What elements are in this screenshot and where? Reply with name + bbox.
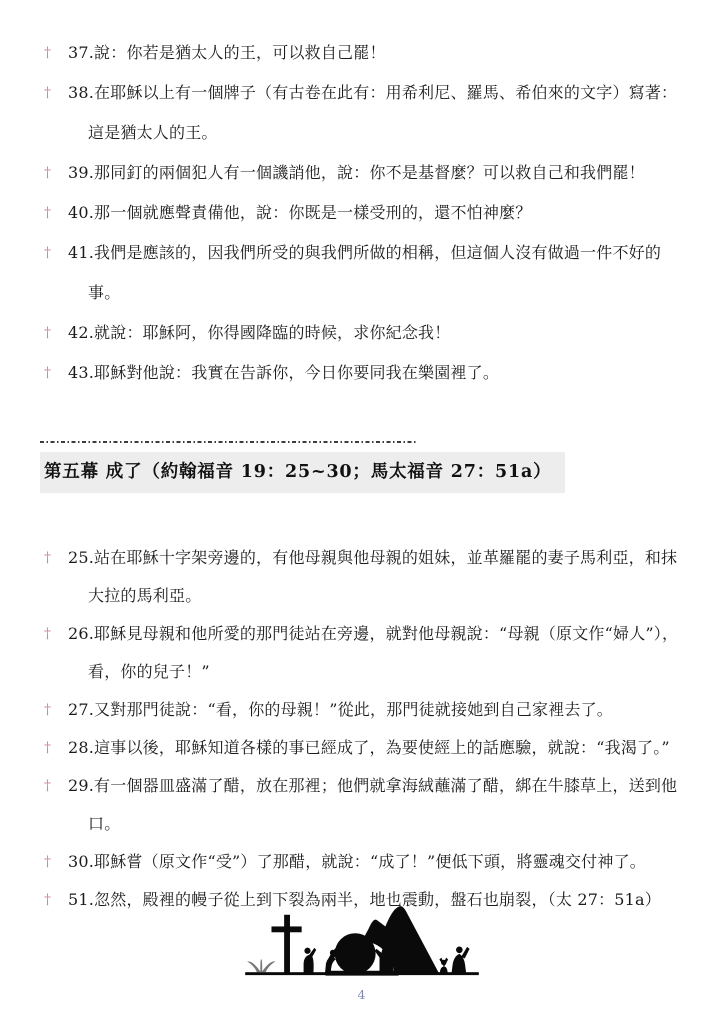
verse-text: 25.站在耶穌十字架旁邊的，有他母親與他母親的姐妹，並革羅罷的妻子馬利亞，和抹大… [68,539,692,615]
verse-row: † 29.有一個器皿盛滿了醋，放在那裡；他們就拿海絨蘸滿了醋，綁在牛膝草上，送到… [44,767,692,843]
verse-number: 28. [68,738,94,757]
verse-body: 耶穌對他說：我實在告訴你，今日你要同我在樂園裡了。 [94,363,499,382]
verse-row: † 43.耶穌對他說：我實在告訴你，今日你要同我在樂園裡了。 [44,353,692,393]
verse-number: 37. [68,43,94,62]
verse-body: 又對那門徒說：“看，你的母親！”從此，那門徒就接她到自己家裡去了。 [94,700,613,719]
verse-row: † 41.我們是應該的，因我們所受的與我們所做的相稱，但這個人沒有做過一件不好的… [44,233,692,313]
verse-body: 那一個就應聲責備他，說：你既是一樣受刑的，還不怕神麼？ [94,203,531,222]
verse-row: † 30.耶穌嘗（原文作“受”）了那醋，就說：“成了！”便低下頭，將靈魂交付神了… [44,843,692,881]
scene-five-verse-list: † 25.站在耶穌十字架旁邊的，有他母親與他母親的姐妹，並革羅罷的妻子馬利亞，和… [0,493,724,919]
verse-number: 39. [68,163,94,182]
cross-dagger-icon: † [44,767,68,805]
verse-text: 40.那一個就應聲責備他，說：你既是一樣受刑的，還不怕神麼？ [68,193,692,233]
cross-dagger-icon: † [44,193,68,233]
verse-row: † 37.說：你若是猶太人的王，可以救自己罷！ [44,33,692,73]
verse-body: 那同釘的兩個犯人有一個譏誚他，說：你不是基督麼？可以救自己和我們罷！ [94,163,645,182]
cross-dagger-icon: † [44,539,68,577]
cross-dagger-icon: † [44,353,68,393]
cross-dagger-icon: † [44,233,68,273]
verse-number: 40. [68,203,94,222]
cross-dagger-icon: † [44,33,68,73]
verse-row: † 40.那一個就應聲責備他，說：你既是一樣受刑的，還不怕神麼？ [44,193,692,233]
verse-number: 29. [68,776,94,795]
kneeling-figure [304,948,317,974]
cross-dagger-icon: † [44,843,68,881]
verse-number: 42. [68,323,94,342]
verse-number: 43. [68,363,94,382]
verse-number: 38. [68,83,94,102]
verse-row: † 27.又對那門徒說：“看，你的母親！”從此，那門徒就接她到自己家裡去了。 [44,691,692,729]
cross-dagger-icon: † [44,73,68,113]
verse-body: 我們是應該的，因我們所受的與我們所做的相稱，但這個人沒有做過一件不好的事。 [88,243,661,302]
verse-text: 26.耶穌見母親和他所愛的那門徒站在旁邊，就對他母親說：“母親（原文作“婦人”）… [68,615,692,691]
verse-body: 這事以後，耶穌知道各樣的事已經成了，為要使經上的話應驗，就說：“我渴了。” [94,738,670,757]
verse-text: 43.耶穌對他說：我實在告訴你，今日你要同我在樂園裡了。 [68,353,692,393]
verse-row: † 26.耶穌見母親和他所愛的那門徒站在旁邊，就對他母親說：“母親（原文作“婦人… [44,615,692,691]
standing-figure [452,946,470,973]
rolled-stone-icon [335,933,376,974]
ground-line [245,972,479,975]
cross-dagger-icon: † [44,691,68,729]
cross-icon [271,915,301,973]
page-number: 4 [358,987,367,1002]
verse-number: 41. [68,243,94,262]
verse-body: 耶穌嘗（原文作“受”）了那醋，就說：“成了！”便低下頭，將靈魂交付神了。 [94,852,646,871]
cross-dagger-icon: † [44,313,68,353]
cross-dagger-icon: † [44,153,68,193]
verse-row: † 38.在耶穌以上有一個牌子（有古卷在此有：用希利尼、羅馬、希伯來的文字）寫著… [44,73,692,153]
verse-text: 38.在耶穌以上有一個牌子（有古卷在此有：用希利尼、羅馬、希伯來的文字）寫著：這… [68,73,692,153]
verse-text: 41.我們是應該的，因我們所受的與我們所做的相稱，但這個人沒有做過一件不好的事。 [68,233,692,313]
page-footer: 4 [0,906,724,1002]
verse-number: 27. [68,700,94,719]
verse-text: 39.那同釘的兩個犯人有一個譏誚他，說：你不是基督麼？可以救自己和我們罷！ [68,153,692,193]
verse-body: 在耶穌以上有一個牌子（有古卷在此有：用希利尼、羅馬、希伯來的文字）寫著：這是猶太… [88,83,677,142]
verse-text: 28.這事以後，耶穌知道各樣的事已經成了，為要使經上的話應驗，就說：“我渴了。” [68,729,692,767]
verse-body: 站在耶穌十字架旁邊的，有他母親與他母親的姐妹，並革羅罷的妻子馬利亞，和抹大拉的馬… [88,548,677,605]
verse-body: 說：你若是猶太人的王，可以救自己罷！ [94,43,386,62]
verse-row: † 28.這事以後，耶穌知道各樣的事已經成了，為要使經上的話應驗，就說：“我渴了… [44,729,692,767]
verse-number: 25. [68,548,94,567]
scene-five-heading: 第五幕 成了（約翰福音 19：25~30；馬太福音 27：51a） [40,452,565,493]
verse-body: 耶穌見母親和他所愛的那門徒站在旁邊，就對他母親說：“母親（原文作“婦人”），看，… [88,624,678,681]
cross-dagger-icon: † [44,615,68,653]
easter-resurrection-illustration [245,906,479,979]
document-page: † 37.說：你若是猶太人的王，可以救自己罷！ † 38.在耶穌以上有一個牌子（… [0,0,724,1024]
verse-body: 有一個器皿盛滿了醋，放在那裡；他們就拿海絨蘸滿了醋，綁在牛膝草上，送到他口。 [88,776,677,833]
verse-row: † 42.就說：耶穌阿，你得國降臨的時候，求你紀念我！ [44,313,692,353]
praising-kneeler-figure [439,958,448,974]
section-divider [40,441,418,443]
scene-four-verse-list: † 37.說：你若是猶太人的王，可以救自己罷！ † 38.在耶穌以上有一個牌子（… [0,0,724,393]
verse-row: † 25.站在耶穌十字架旁邊的，有他母親與他母親的姐妹，並革羅罷的妻子馬利亞，和… [44,539,692,615]
verse-text: 37.說：你若是猶太人的王，可以救自己罷！ [68,33,692,73]
verse-text: 27.又對那門徒說：“看，你的母親！”從此，那門徒就接她到自己家裡去了。 [68,691,692,729]
verse-number: 26. [68,624,94,643]
verse-number: 30. [68,852,94,871]
verse-text: 30.耶穌嘗（原文作“受”）了那醋，就說：“成了！”便低下頭，將靈魂交付神了。 [68,843,692,881]
verse-body: 就說：耶穌阿，你得國降臨的時候，求你紀念我！ [94,323,450,342]
verse-text: 42.就說：耶穌阿，你得國降臨的時候，求你紀念我！ [68,313,692,353]
palm-leaves-icon [247,960,275,973]
verse-row: † 39.那同釘的兩個犯人有一個譏誚他，說：你不是基督麼？可以救自己和我們罷！ [44,153,692,193]
cross-dagger-icon: † [44,729,68,767]
verse-text: 29.有一個器皿盛滿了醋，放在那裡；他們就拿海絨蘸滿了醋，綁在牛膝草上，送到他口… [68,767,692,843]
